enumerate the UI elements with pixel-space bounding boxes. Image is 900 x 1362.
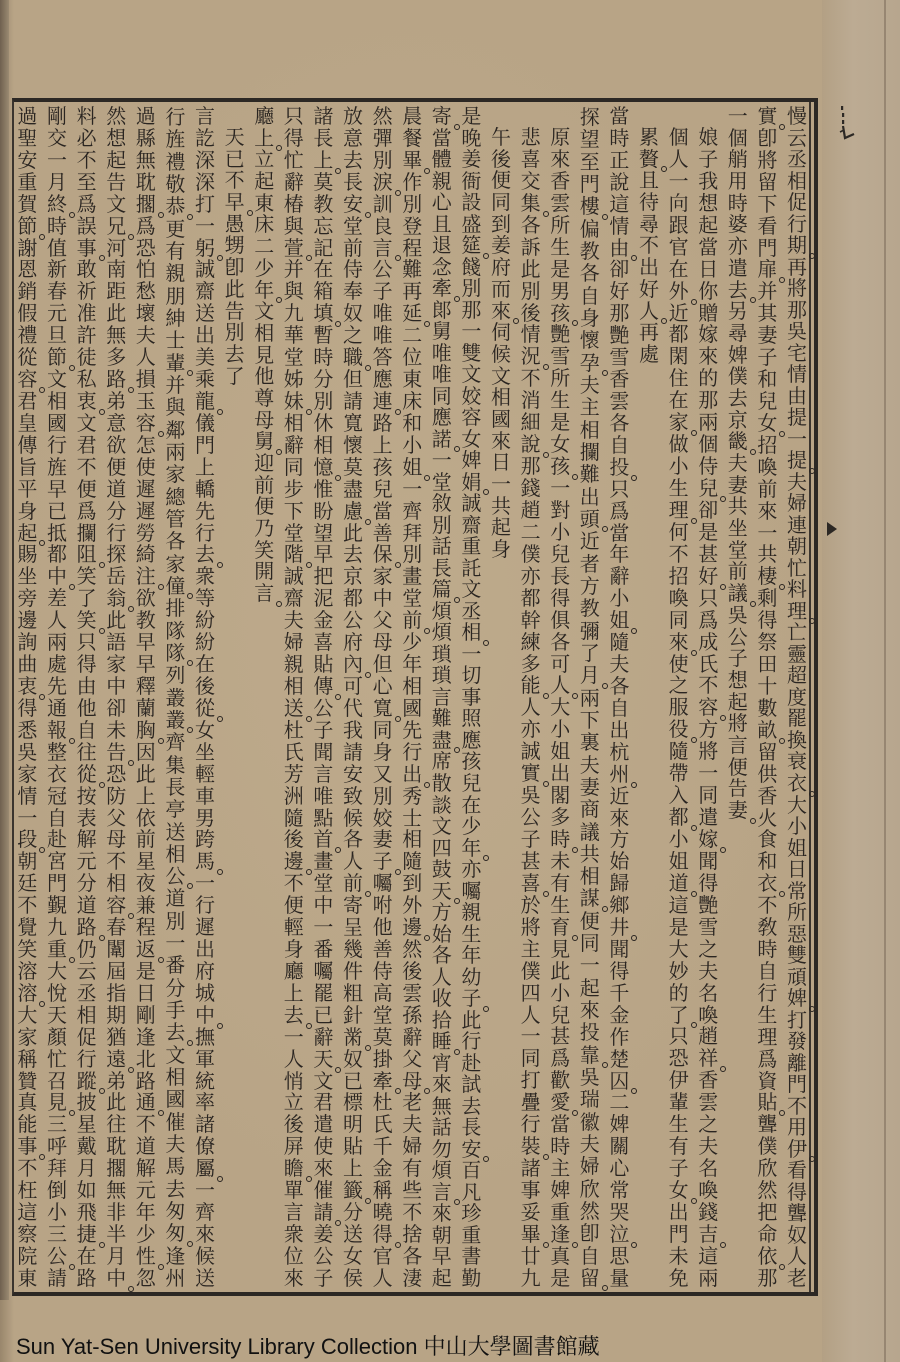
character: 妻 bbox=[725, 475, 751, 497]
character: 天 bbox=[429, 881, 455, 903]
character: 書 bbox=[458, 1246, 484, 1268]
character: 節 bbox=[44, 347, 70, 369]
character: 好 bbox=[636, 279, 662, 301]
character: 人 bbox=[133, 347, 159, 369]
character: 拾 bbox=[429, 1010, 455, 1032]
text-column: 然想起告文兄河南距此無多路弟意欲便道分行探岳翁此語家中卻未告恐防父母不相容春闈屆… bbox=[103, 106, 129, 1290]
character: 攔 bbox=[577, 441, 603, 463]
character: 路 bbox=[74, 917, 100, 939]
character: 莫 bbox=[370, 1027, 396, 1049]
character: 夫 bbox=[133, 325, 159, 347]
character: 生 bbox=[754, 1005, 780, 1027]
character: 通 bbox=[133, 1092, 159, 1114]
character: 旦 bbox=[44, 325, 70, 347]
character: 忙 bbox=[281, 150, 307, 172]
character: 贈 bbox=[695, 303, 721, 325]
character: 家 bbox=[103, 654, 129, 676]
character: 辭 bbox=[606, 566, 632, 588]
character: 擱 bbox=[103, 1158, 129, 1180]
character: 意 bbox=[340, 128, 366, 150]
character: 侍 bbox=[370, 961, 396, 983]
character: 同 bbox=[488, 192, 514, 214]
character: 報 bbox=[44, 720, 70, 742]
character: 理 bbox=[754, 1027, 780, 1049]
character: 一 bbox=[192, 873, 218, 895]
character: 卻 bbox=[695, 500, 721, 522]
character: 敬 bbox=[162, 173, 188, 195]
character: 行 bbox=[162, 106, 188, 128]
character: 得 bbox=[754, 610, 780, 632]
character: 呼 bbox=[44, 1136, 70, 1158]
character: 椿 bbox=[281, 194, 307, 216]
character: 慢 bbox=[784, 106, 810, 128]
character: 處 bbox=[44, 654, 70, 676]
character: 喚 bbox=[666, 588, 692, 610]
character: 貼 bbox=[310, 654, 336, 676]
character: 二 bbox=[518, 522, 544, 544]
character: 人 bbox=[636, 301, 662, 323]
character: 妻 bbox=[754, 325, 780, 347]
character: 那 bbox=[754, 1268, 780, 1290]
character: 靈 bbox=[784, 644, 810, 666]
character: 稱 bbox=[370, 1180, 396, 1202]
character: 行 bbox=[103, 523, 129, 545]
character: 開 bbox=[251, 561, 277, 583]
character: 齊 bbox=[399, 501, 425, 523]
character: 設 bbox=[458, 192, 484, 214]
character: 言 bbox=[281, 1202, 307, 1224]
character: 名 bbox=[695, 1158, 721, 1180]
character: 艷 bbox=[547, 324, 573, 346]
character: 職 bbox=[340, 347, 366, 369]
character: 婢 bbox=[547, 1180, 573, 1202]
character: 好 bbox=[695, 566, 721, 588]
character: 散 bbox=[429, 773, 455, 795]
character: 輩 bbox=[666, 1092, 692, 1114]
character: 名 bbox=[695, 983, 721, 1005]
character: 舅 bbox=[251, 431, 277, 453]
character: 遲 bbox=[192, 917, 218, 939]
character: 作 bbox=[606, 1027, 632, 1049]
character: 婢 bbox=[458, 450, 484, 472]
character: 不 bbox=[754, 895, 780, 917]
character: 捨 bbox=[399, 1224, 425, 1246]
character: 邊 bbox=[14, 610, 40, 632]
character: 中 bbox=[370, 588, 396, 610]
character: 共 bbox=[488, 496, 514, 518]
character: 立 bbox=[281, 1092, 307, 1114]
character: 些 bbox=[399, 1180, 425, 1202]
character: 瞻 bbox=[281, 1158, 307, 1180]
character: 無 bbox=[429, 1096, 455, 1118]
character: 出 bbox=[192, 939, 218, 961]
character: 莫 bbox=[310, 172, 336, 194]
character: 後 bbox=[488, 149, 514, 171]
character: 旌 bbox=[44, 457, 70, 479]
character: 勞 bbox=[133, 523, 159, 545]
character: 元 bbox=[133, 1180, 159, 1202]
character: 料 bbox=[784, 579, 810, 601]
character: 始 bbox=[606, 851, 632, 873]
character: 然 bbox=[103, 106, 129, 128]
character: 依 bbox=[133, 808, 159, 830]
character: 容 bbox=[458, 407, 484, 429]
character: 小 bbox=[399, 435, 425, 457]
character: 上 bbox=[251, 128, 277, 150]
character: 呈 bbox=[340, 917, 366, 939]
character: 來 bbox=[754, 501, 780, 523]
character: 然 bbox=[754, 1180, 780, 1202]
character: 登 bbox=[399, 216, 425, 238]
character: 行 bbox=[192, 895, 218, 917]
character: 言 bbox=[429, 1182, 455, 1204]
character: 路 bbox=[103, 369, 129, 391]
character: 自 bbox=[577, 285, 603, 307]
character: 一 bbox=[192, 1180, 218, 1202]
character: 壞 bbox=[133, 303, 159, 325]
character: 兒 bbox=[547, 544, 573, 566]
character: 不 bbox=[74, 150, 100, 172]
character: 教 bbox=[310, 194, 336, 216]
character: 來 bbox=[192, 1224, 218, 1246]
character: 東 bbox=[251, 193, 277, 215]
character: 此 bbox=[458, 1010, 484, 1032]
character: 請 bbox=[340, 742, 366, 764]
character: 路 bbox=[370, 413, 396, 435]
character: 瑣 bbox=[429, 665, 455, 687]
character: 子 bbox=[458, 988, 484, 1010]
character: 貼 bbox=[340, 1136, 366, 1158]
character: 雙 bbox=[458, 343, 484, 365]
character: 是 bbox=[547, 412, 573, 434]
character: 表 bbox=[74, 808, 100, 830]
character: 艷 bbox=[606, 325, 632, 347]
character: 擱 bbox=[133, 194, 159, 216]
character: 卽 bbox=[754, 128, 780, 150]
character: 婦 bbox=[577, 1155, 603, 1177]
character: 偏 bbox=[577, 218, 603, 240]
character: 堂 bbox=[429, 472, 455, 494]
character: 在 bbox=[666, 390, 692, 412]
character: 訓 bbox=[370, 194, 396, 216]
character: 好 bbox=[606, 281, 632, 303]
character: 妻 bbox=[577, 776, 603, 798]
character: 釋 bbox=[133, 676, 159, 698]
character: 從 bbox=[192, 698, 218, 720]
text-column: 行旌禮敬恭更有親朋紳士輩并與鄰兩家總管各家僮排隊隊列叢叢齊集長亭送相公道別一番分… bbox=[162, 106, 188, 1289]
character: 容 bbox=[103, 895, 129, 917]
character: 事 bbox=[518, 1180, 544, 1202]
character: 人 bbox=[44, 610, 70, 632]
character: 文 bbox=[310, 1071, 336, 1093]
character: 姣 bbox=[458, 386, 484, 408]
character: 嫁 bbox=[695, 324, 721, 346]
character: 來 bbox=[666, 632, 692, 654]
character: 車 bbox=[192, 786, 218, 808]
character: 嫁 bbox=[695, 829, 721, 851]
character: 辭 bbox=[399, 1027, 425, 1049]
character: 堂 bbox=[310, 873, 336, 895]
character: 相 bbox=[310, 435, 336, 457]
character: 家 bbox=[14, 764, 40, 786]
character: 有 bbox=[162, 240, 188, 262]
character: 輕 bbox=[192, 764, 218, 786]
character: 不 bbox=[695, 675, 721, 697]
character: 伺 bbox=[488, 322, 514, 344]
character: 婢 bbox=[784, 988, 810, 1010]
text-column: 個人一向跟官在外近都閑住在家做小生理何不招喚同來使之服役隨帶入都小姐道這是大妙的… bbox=[666, 127, 692, 1290]
character: 溶 bbox=[14, 983, 40, 1005]
character: 此 bbox=[103, 1092, 129, 1114]
character: 送 bbox=[340, 1224, 366, 1246]
character: 并 bbox=[162, 374, 188, 396]
character: 個 bbox=[695, 434, 721, 456]
character: 隨 bbox=[606, 632, 632, 654]
punctuation-circle bbox=[128, 1286, 134, 1292]
character: 留 bbox=[577, 1267, 603, 1289]
character: 都 bbox=[518, 588, 544, 610]
character: 且 bbox=[429, 214, 455, 236]
character: 差 bbox=[44, 588, 70, 610]
character: 京 bbox=[725, 410, 751, 432]
character: 午 bbox=[488, 127, 514, 149]
previous-page-edge bbox=[0, 0, 9, 1300]
character: 和 bbox=[399, 413, 425, 435]
character: 公 bbox=[310, 1246, 336, 1268]
character: 排 bbox=[162, 597, 188, 619]
character: 錢 bbox=[695, 1202, 721, 1224]
character: 欲 bbox=[133, 588, 159, 610]
character: 自 bbox=[44, 808, 70, 830]
character: 大 bbox=[666, 939, 692, 961]
character: 議 bbox=[577, 821, 603, 843]
character: 東 bbox=[14, 1268, 40, 1290]
character: 是 bbox=[547, 1268, 573, 1290]
character: 蹤 bbox=[74, 1071, 100, 1093]
character: 一 bbox=[695, 763, 721, 785]
character: 後 bbox=[399, 961, 425, 983]
character: 恐 bbox=[666, 1048, 692, 1070]
character: 匆 bbox=[162, 1222, 188, 1244]
character: 得 bbox=[606, 961, 632, 983]
character: 不 bbox=[14, 895, 40, 917]
character: 吳 bbox=[518, 785, 544, 807]
character: 候 bbox=[192, 1246, 218, 1268]
character: 綺 bbox=[133, 544, 159, 566]
character: 香 bbox=[547, 171, 573, 193]
character: 往 bbox=[103, 1114, 129, 1136]
text-column: 天已不早愚甥卽此告別去了 bbox=[222, 127, 248, 387]
character: 離 bbox=[784, 1053, 810, 1075]
character: 起 bbox=[103, 150, 129, 172]
character: 言 bbox=[310, 764, 336, 786]
character: 打 bbox=[518, 1070, 544, 1092]
character: 尊 bbox=[251, 388, 277, 410]
character: 吳 bbox=[14, 742, 40, 764]
character: 囑 bbox=[370, 873, 396, 895]
character: 招 bbox=[754, 435, 780, 457]
character: 來 bbox=[429, 1074, 455, 1096]
character: 洲 bbox=[281, 786, 307, 808]
character: 相 bbox=[784, 171, 810, 193]
character: 怕 bbox=[133, 259, 159, 281]
character: 攔 bbox=[74, 523, 100, 545]
character: 單 bbox=[281, 1180, 307, 1202]
character: 九 bbox=[281, 303, 307, 325]
character: 是 bbox=[133, 961, 159, 983]
character: 辭 bbox=[310, 1027, 336, 1049]
character: 那 bbox=[784, 300, 810, 322]
character: 招 bbox=[666, 566, 692, 588]
character: 兒 bbox=[458, 773, 484, 795]
character: 尋 bbox=[725, 323, 751, 345]
character: 人 bbox=[429, 967, 455, 989]
character: 怎 bbox=[133, 435, 159, 457]
character: 不 bbox=[518, 368, 544, 390]
character: 容 bbox=[133, 413, 159, 435]
character: 長 bbox=[429, 558, 455, 580]
character: 使 bbox=[666, 654, 692, 676]
character: 煩 bbox=[429, 1160, 455, 1182]
character: 了 bbox=[666, 1005, 692, 1027]
character: 照 bbox=[458, 708, 484, 730]
character: 父 bbox=[399, 1049, 425, 1071]
character: 坐 bbox=[192, 742, 218, 764]
character: 四 bbox=[518, 983, 544, 1005]
character: 返 bbox=[133, 939, 159, 961]
character: 各 bbox=[399, 1246, 425, 1268]
character: 時 bbox=[44, 216, 70, 238]
character: 多 bbox=[518, 654, 544, 676]
character: 翁 bbox=[103, 588, 129, 610]
character: 個 bbox=[725, 128, 751, 150]
character: 子 bbox=[310, 1268, 336, 1290]
character: 量 bbox=[606, 1268, 632, 1290]
character: 可 bbox=[340, 676, 366, 698]
character: 往 bbox=[74, 742, 100, 764]
character: 日 bbox=[695, 259, 721, 281]
character: 并 bbox=[754, 281, 780, 303]
character: 悲 bbox=[518, 127, 544, 149]
character: 先 bbox=[44, 676, 70, 698]
character: 將 bbox=[784, 278, 810, 300]
character: 用 bbox=[784, 1117, 810, 1139]
character: 田 bbox=[754, 654, 780, 676]
text-column: 悲喜交集各訴此別後情況不消細說那錢趙二僕亦都幹練多能人亦誠實吳公子甚喜於將主僕四… bbox=[518, 127, 544, 1290]
character: 堂 bbox=[725, 540, 751, 562]
character: 來 bbox=[429, 1203, 455, 1225]
character: 枉 bbox=[14, 1180, 40, 1202]
character: 列 bbox=[162, 664, 188, 686]
character: 拜 bbox=[44, 1158, 70, 1180]
character: 華 bbox=[281, 325, 307, 347]
character: 顏 bbox=[44, 1027, 70, 1049]
character: 聞 bbox=[606, 939, 632, 961]
character: 早 bbox=[429, 1246, 455, 1268]
character: 一 bbox=[518, 1026, 544, 1048]
character: 州 bbox=[606, 764, 632, 786]
character: 敎 bbox=[754, 917, 780, 939]
character: 常 bbox=[784, 881, 810, 903]
character: 囑 bbox=[458, 881, 484, 903]
character: 隨 bbox=[666, 741, 692, 763]
character: 旨 bbox=[14, 457, 40, 479]
character: 有 bbox=[547, 873, 573, 895]
character: 俱 bbox=[547, 610, 573, 632]
character: 紛 bbox=[192, 632, 218, 654]
character: 提 bbox=[784, 450, 810, 472]
character: 屆 bbox=[103, 961, 129, 983]
character: 留 bbox=[754, 172, 780, 194]
character: 等 bbox=[192, 588, 218, 610]
character: 送 bbox=[281, 698, 307, 720]
character: 生 bbox=[666, 1114, 692, 1136]
character: 來 bbox=[310, 1158, 336, 1180]
character: 程 bbox=[399, 238, 425, 260]
character: 到 bbox=[488, 214, 514, 236]
character: 杜 bbox=[281, 720, 307, 742]
text-column: 晨餐畢作別登程難再延二位東床和小姐一齊拜別畫堂前少年相國先行出秀士相隨到外邊然後… bbox=[399, 106, 425, 1290]
character: 一 bbox=[14, 808, 40, 830]
text-column: 放意去長安堂前侍奉奴之職但請寬懷莫盡慮此去京都公府內可代我請安致候各人前寄呈幾件… bbox=[340, 106, 366, 1290]
character: 同 bbox=[370, 720, 396, 742]
character: 上 bbox=[281, 983, 307, 1005]
character: 剛 bbox=[44, 106, 70, 128]
character: 覲 bbox=[44, 895, 70, 917]
character: 早 bbox=[222, 192, 248, 214]
character: 訴 bbox=[518, 237, 544, 259]
character: 去 bbox=[162, 1178, 188, 1200]
character: 道 bbox=[74, 895, 100, 917]
character: 日 bbox=[133, 983, 159, 1005]
character: 衣 bbox=[44, 764, 70, 786]
character: 和 bbox=[754, 851, 780, 873]
character: 曉 bbox=[370, 1202, 396, 1224]
character: 盛 bbox=[458, 214, 484, 236]
character: 公 bbox=[44, 1246, 70, 1268]
character: 那 bbox=[458, 300, 484, 322]
character: 奴 bbox=[784, 1225, 810, 1247]
character: 聞 bbox=[310, 742, 336, 764]
character: 解 bbox=[133, 1158, 159, 1180]
character: 馬 bbox=[162, 1155, 188, 1177]
character: 商 bbox=[577, 798, 603, 820]
character: 子 bbox=[370, 281, 396, 303]
character: 公 bbox=[310, 698, 336, 720]
character: 歡 bbox=[547, 1070, 573, 1092]
character: 亦 bbox=[725, 236, 751, 258]
character: 都 bbox=[340, 588, 366, 610]
character: 年 bbox=[133, 1202, 159, 1224]
character: 月 bbox=[44, 172, 70, 194]
character: 九 bbox=[518, 1268, 544, 1290]
character: 月 bbox=[577, 664, 603, 686]
character: 戴 bbox=[74, 1136, 100, 1158]
character: 安 bbox=[14, 150, 40, 172]
character: 兩 bbox=[577, 687, 603, 709]
character: 敢 bbox=[74, 259, 100, 281]
character: 傳 bbox=[14, 435, 40, 457]
character: 大 bbox=[547, 697, 573, 719]
character: 母 bbox=[399, 1071, 425, 1093]
character: 河 bbox=[103, 238, 129, 260]
character: 行 bbox=[458, 1031, 484, 1053]
character: 前 bbox=[133, 829, 159, 851]
character: 瑣 bbox=[429, 644, 455, 666]
character: 教 bbox=[577, 240, 603, 262]
character: 衷 bbox=[74, 391, 100, 413]
character: 祈 bbox=[74, 281, 100, 303]
